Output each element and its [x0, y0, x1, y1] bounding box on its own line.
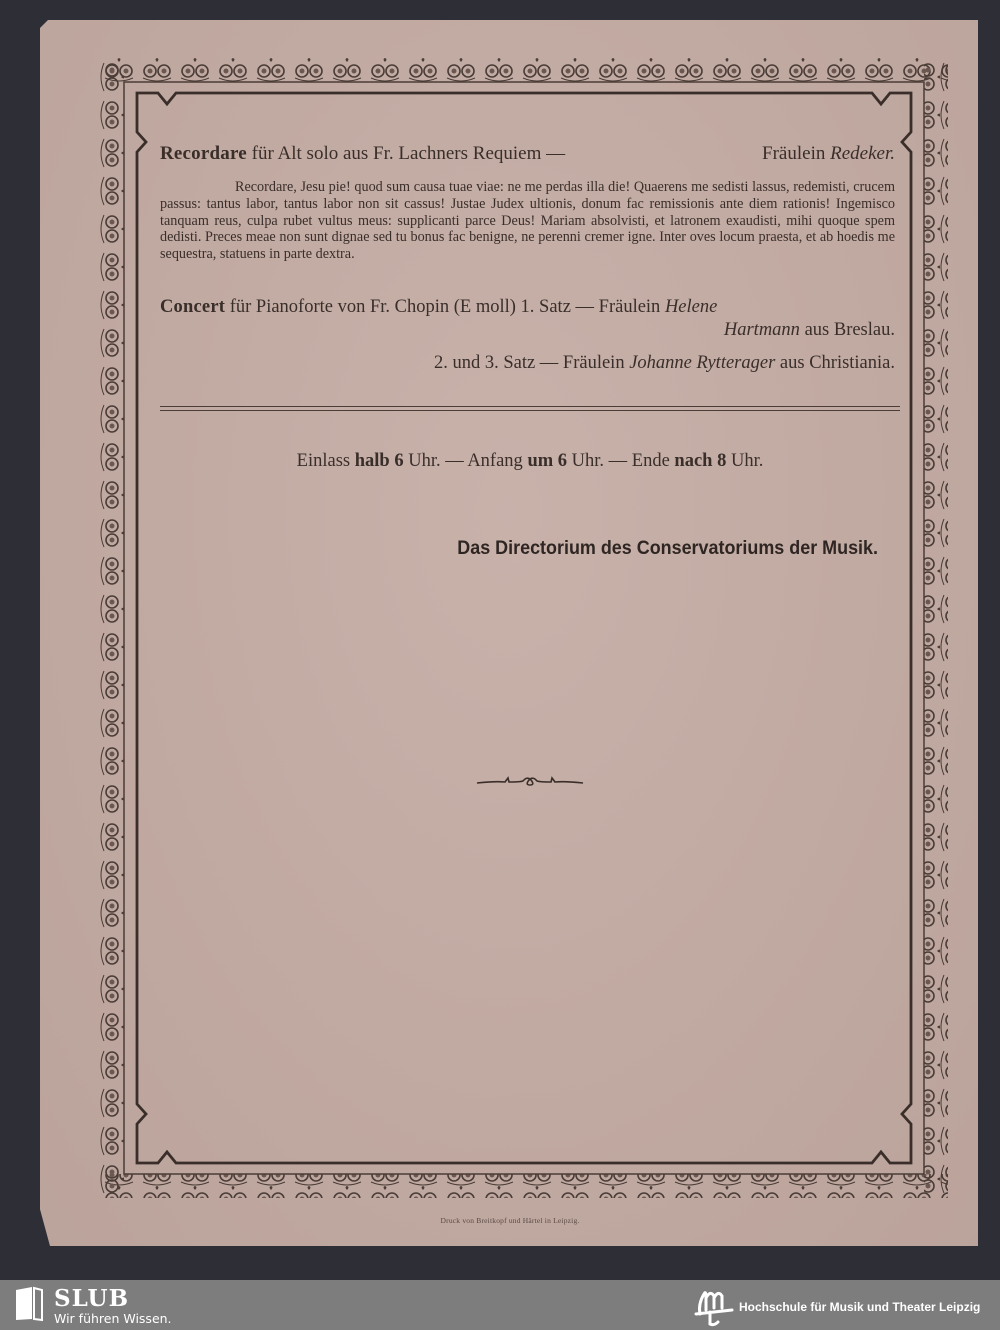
- divider-rule-top: [160, 406, 900, 407]
- recordare-performer-prefix: Fräulein: [762, 143, 830, 164]
- einlass-time: halb 6: [355, 451, 404, 471]
- concert-description: für Pianoforte von Fr. Chopin (E moll) 1…: [225, 297, 665, 317]
- slub-logo-icon[interactable]: [14, 1286, 44, 1322]
- hmt-brand[interactable]: Hochschule für Musik und Theater Leipzig: [739, 1300, 980, 1314]
- ende-suffix: Uhr.: [726, 451, 763, 471]
- einlass-label: Einlass: [297, 451, 355, 471]
- program-content: Recordare für Alt solo aus Fr. Lachners …: [0, 0, 1000, 1250]
- satz2-prefix: 2. und 3. Satz — Fräulein: [434, 353, 629, 373]
- performer1-first-name: Helene: [665, 297, 717, 317]
- performer2-origin: aus Christiania.: [775, 353, 895, 373]
- printer-imprint: Druck von Breitkopf und Härtel in Leipzi…: [380, 1216, 640, 1225]
- divider-rule-bottom: [160, 410, 900, 411]
- recordare-description: für Alt solo aus Fr. Lachners Requiem —: [247, 143, 565, 164]
- latin-text: Recordare, Jesu pie! quod sum causa tuae…: [160, 179, 895, 262]
- recordare-heading: Recordare für Alt solo aus Fr. Lachners …: [160, 143, 895, 165]
- flourish-ornament-icon: [475, 772, 585, 792]
- slub-brand[interactable]: SLUB: [54, 1285, 129, 1312]
- concert-title: Concert: [160, 297, 225, 317]
- hmt-logo-icon[interactable]: [692, 1284, 736, 1328]
- slub-tagline: Wir führen Wissen.: [54, 1311, 172, 1326]
- performer2-name: Johanne Rytterager: [629, 353, 775, 373]
- anfang-time: um 6: [527, 451, 567, 471]
- concert-heading: Concert für Pianoforte von Fr. Chopin (E…: [160, 296, 895, 342]
- schedule-times: Einlass halb 6 Uhr. — Anfang um 6 Uhr. —…: [160, 451, 900, 472]
- recordare-title: Recordare: [160, 143, 247, 164]
- concert-movements-2-3: 2. und 3. Satz — Fräulein Johanne Rytter…: [160, 353, 895, 374]
- ende-time: nach 8: [674, 451, 726, 471]
- performer1-origin: aus Breslau.: [800, 320, 895, 340]
- latin-text-block: Recordare, Jesu pie! quod sum causa tuae…: [160, 179, 895, 263]
- signature: Das Directorium des Conservatoriums der …: [217, 537, 878, 560]
- recordare-performer: Redeker.: [830, 143, 895, 164]
- performer1-last-name: Hartmann: [724, 320, 800, 340]
- anfang-label: Uhr. — Anfang: [404, 451, 528, 471]
- footer-bar: SLUB Wir führen Wissen. Hochschule für M…: [0, 1280, 1000, 1330]
- ende-label: Uhr. — Ende: [567, 451, 674, 471]
